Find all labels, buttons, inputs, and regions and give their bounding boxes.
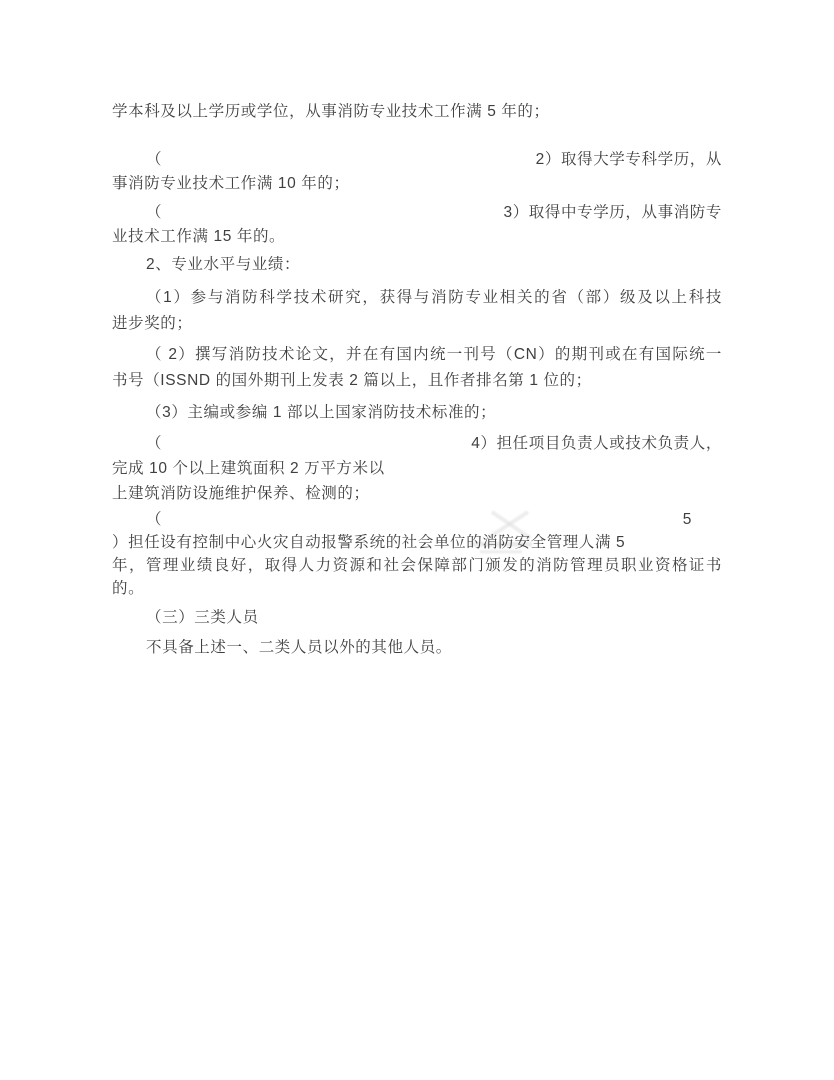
line-right-text: 3）取得中专学历，从事消防专 bbox=[503, 201, 722, 225]
paragraph: （ 2）撰写消防技术论文，并在有国内统一刊号（CN）的期刊或在有国际统一 书号（… bbox=[112, 342, 722, 394]
text-line: （三）三类人员 bbox=[112, 606, 722, 630]
paragraph: （ 3）取得中专学历，从事消防专 业技术工作满 15 年的。 bbox=[112, 201, 722, 249]
paragraph: （三）三类人员 bbox=[112, 606, 722, 630]
text-line: （3）主编或参编 1 部以上国家消防技术标准的； bbox=[112, 401, 722, 425]
text-line: 事消防专业技术工作满 10 年的； bbox=[112, 172, 722, 196]
text-line: （ 3）取得中专学历，从事消防专 bbox=[112, 201, 722, 225]
text-content: 学本科及以上学历或学位，从事消防专业技术工作满 5 年的； （ 2）取得大学专科… bbox=[112, 100, 722, 660]
text-line: （ 2）撰写消防技术论文，并在有国内统一刊号（CN）的期刊或在有国际统一 bbox=[112, 342, 722, 368]
text-line: 年，管理业绩良好，取得人力资源和社会保障部门颁发的消防管理员职业资格证书 bbox=[112, 554, 722, 577]
line-right-text: 4）担任项目负责人或技术负责人， bbox=[471, 431, 722, 456]
text-line: （ 5 bbox=[112, 508, 722, 531]
text-line: 不具备上述一、二类人员以外的其他人员。 bbox=[112, 636, 722, 660]
text-line: （ 4）担任项目负责人或技术负责人， bbox=[112, 431, 722, 456]
paragraph: 不具备上述一、二类人员以外的其他人员。 bbox=[112, 636, 722, 660]
paragraph: （ 2）取得大学专科学历，从 事消防专业技术工作满 10 年的； bbox=[112, 148, 722, 196]
text-line: （1）参与消防科学技术研究，获得与消防专业相关的省（部）级及以上科技 bbox=[112, 285, 722, 311]
text-line: 的。 bbox=[112, 577, 722, 600]
line-right-text: 5 bbox=[683, 508, 692, 531]
text-line: 完成 10 个以上建筑面积 2 万平方米以 bbox=[112, 456, 722, 481]
paragraph: 2、专业水平与业绩： bbox=[112, 253, 722, 277]
text-line: 书号（ISSND 的国外期刊上发表 2 篇以上，且作者排名第 1 位的； bbox=[112, 368, 722, 394]
line-left-paren: （ bbox=[146, 201, 162, 225]
line-left-paren: （ bbox=[146, 508, 162, 531]
paragraph: （ 4）担任项目负责人或技术负责人， 完成 10 个以上建筑面积 2 万平方米以… bbox=[112, 431, 722, 506]
document-page: 学本科及以上学历或学位，从事消防专业技术工作满 5 年的； （ 2）取得大学专科… bbox=[0, 0, 834, 1080]
text-line: 业技术工作满 15 年的。 bbox=[112, 225, 722, 249]
line-left-paren: （ bbox=[146, 148, 162, 172]
line-left-paren: （ bbox=[146, 431, 162, 456]
text-line: 进步奖的； bbox=[112, 311, 722, 337]
text-line: （ 2）取得大学专科学历，从 bbox=[112, 148, 722, 172]
paragraph: （ 5 ）担任设有控制中心火灾自动报警系统的社会单位的消防安全管理人满 5 年，… bbox=[112, 508, 722, 600]
paragraph: 学本科及以上学历或学位，从事消防专业技术工作满 5 年的； bbox=[112, 100, 722, 124]
text-line: 2、专业水平与业绩： bbox=[112, 253, 722, 277]
line-right-text: 2）取得大学专科学历，从 bbox=[536, 148, 722, 172]
text-line: 学本科及以上学历或学位，从事消防专业技术工作满 5 年的； bbox=[112, 100, 722, 124]
text-line: 上建筑消防设施维护保养、检测的； bbox=[112, 481, 722, 506]
paragraph: （1）参与消防科学技术研究，获得与消防专业相关的省（部）级及以上科技 进步奖的； bbox=[112, 285, 722, 337]
paragraph: （3）主编或参编 1 部以上国家消防技术标准的； bbox=[112, 401, 722, 425]
text-line: ）担任设有控制中心火灾自动报警系统的社会单位的消防安全管理人满 5 bbox=[112, 531, 722, 554]
